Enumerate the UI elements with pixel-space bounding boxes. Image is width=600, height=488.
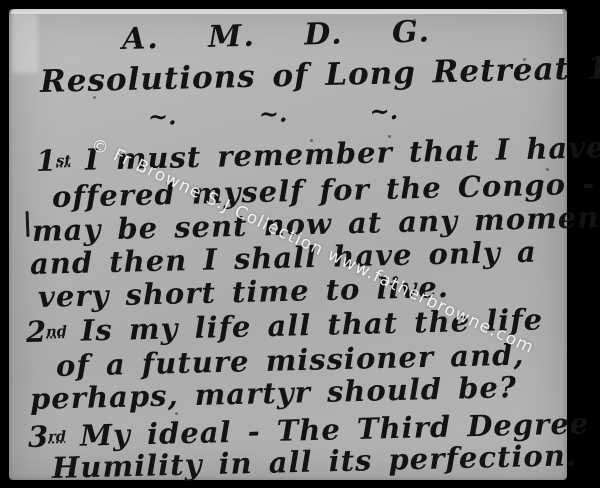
dust-speck bbox=[413, 19, 416, 22]
resolution-2-number: 2 bbox=[26, 315, 47, 349]
dust-speck bbox=[546, 168, 549, 171]
dust-speck bbox=[523, 58, 526, 61]
resolution-2-ordinal: nd bbox=[46, 323, 67, 341]
dust-speck bbox=[388, 135, 391, 138]
photo-frame: A. M. D. G. Resolutions of Long Retreat … bbox=[0, 0, 600, 488]
dust-speck bbox=[505, 423, 508, 426]
title-underline-flourish: ~. ~. ~. bbox=[148, 96, 399, 131]
resolution-3-number: 3 bbox=[28, 420, 49, 454]
margin-pen-stroke bbox=[26, 211, 30, 237]
resolution-1-ordinal: st bbox=[56, 152, 71, 169]
dust-speck bbox=[93, 96, 96, 99]
amdg-heading: A. M. D. G. bbox=[122, 14, 432, 57]
resolution-3-ordinal: rd bbox=[48, 428, 66, 445]
dust-speck bbox=[310, 139, 313, 142]
dust-speck bbox=[175, 412, 178, 415]
resolution-1-number: 1 bbox=[36, 144, 57, 178]
